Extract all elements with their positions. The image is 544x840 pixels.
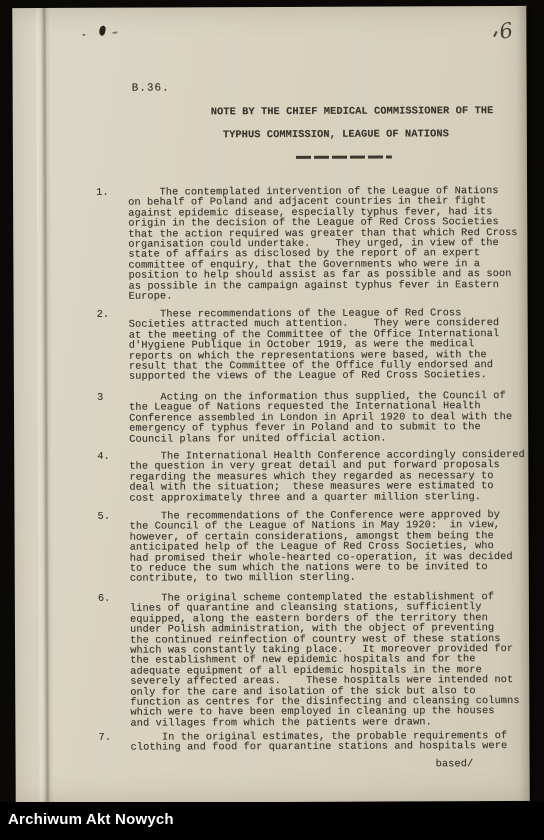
paragraph-text: In the original estimates, the probable … (130, 731, 507, 753)
paragraph-7: 7. In the original estimates, the probab… (98, 731, 507, 754)
ink-speck (82, 34, 85, 36)
paragraph-text: The contemplated intervention of the Lea… (128, 186, 518, 302)
paragraph-number: 7. (98, 733, 130, 754)
title-underline (296, 155, 392, 158)
paper-fold-crease (36, 8, 53, 803)
paragraph-number: 5. (97, 512, 129, 585)
document-title-line1: NOTE BY THE CHIEF MEDICAL COMMISSIONER O… (211, 106, 494, 118)
ink-speck (112, 31, 117, 34)
paragraph-text: These recommendations of the League of R… (129, 308, 500, 382)
document-page: 6 B.36. NOTE BY THE CHIEF MEDICAL COMMIS… (12, 6, 529, 803)
archive-watermark-bar: Archiwum Akt Nowych (0, 802, 544, 840)
document-title-line2: TYPHUS COMMISSION, LEAGUE OF NATIONS (223, 129, 449, 140)
paragraph-1: 1. The contemplated intervention of the … (96, 186, 518, 302)
paragraph-number: 3 (97, 393, 129, 445)
paragraph-number: 4. (97, 452, 129, 504)
paragraph-3: 3 Acting on the information thus supplie… (97, 391, 512, 445)
document-reference: B.36. (132, 83, 170, 94)
paragraph-4: 4. The International Health Conference a… (97, 450, 525, 504)
paragraph-number: 2. (97, 310, 129, 383)
handwritten-page-number: 6 (498, 18, 515, 44)
paragraph-text: Acting on the information thus supplied,… (129, 391, 512, 445)
paragraph-6: 6. The original scheme contemplated the … (98, 592, 520, 729)
paragraph-text: The recommendations of the Conference we… (129, 510, 512, 585)
archive-name-label: Archiwum Akt Nowych (8, 811, 174, 828)
paragraph-number: 1. (96, 188, 128, 303)
paragraph-5: 5. The recommendations of the Conference… (97, 510, 512, 585)
paragraph-text: The original scheme contemplated the est… (130, 592, 520, 729)
paragraph-number: 6. (98, 594, 131, 729)
scanned-document-view: 6 B.36. NOTE BY THE CHIEF MEDICAL COMMIS… (0, 0, 544, 840)
handwritten-tick-mark (493, 31, 498, 37)
catchword: based/ (436, 759, 474, 770)
paragraph-text: The International Health Conference acco… (129, 450, 525, 504)
paragraph-2: 2. These recommendations of the League o… (97, 308, 500, 383)
ink-smudge (98, 25, 106, 36)
